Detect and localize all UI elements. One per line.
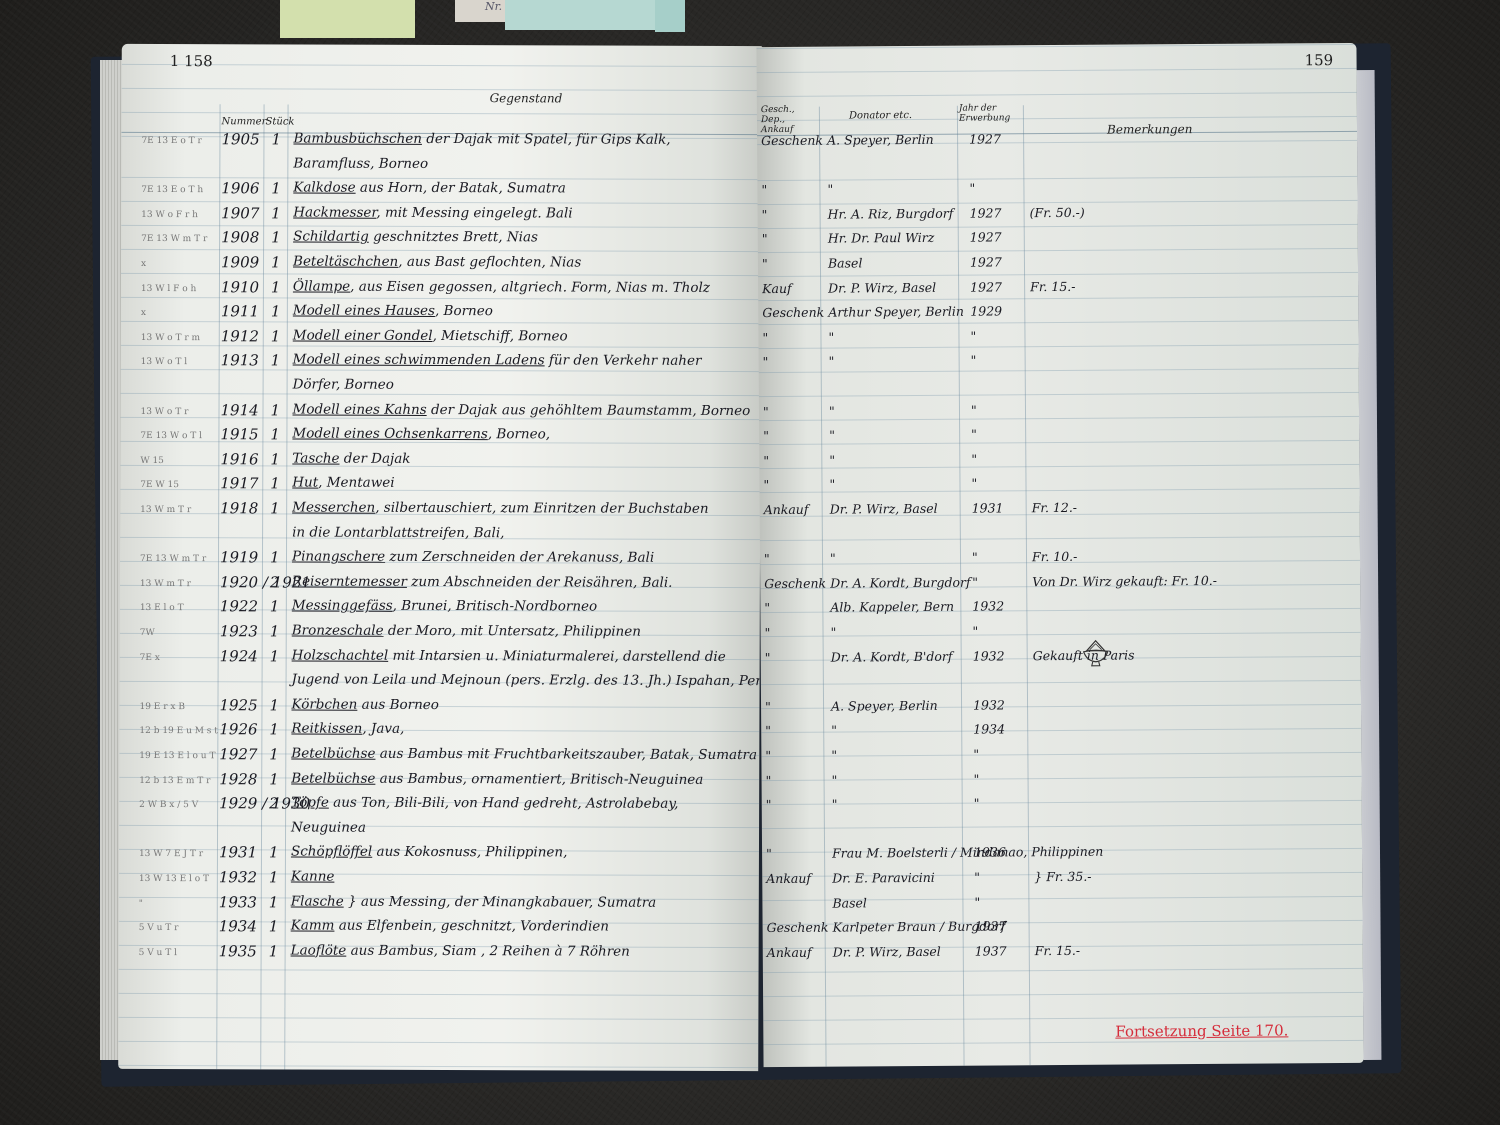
ledger-row: GeschenkKarlpeter Braun / Burgdorf1937 [763,916,1363,944]
ledger-row: 7E 13 E o T r19051Bambusbüchschen der Da… [121,130,761,156]
acquisition-year: 1937 [975,943,1007,958]
acquisition-year: 1932 [973,648,1005,663]
object-details: , Brunei, Britisch-Nordborneo [393,598,598,615]
ledger-row: KaufDr. P. Wirz, Basel1927Fr. 15.- [758,277,1358,305]
object-details: geschnitztes Brett, Nias [369,229,538,246]
donor: Dr. P. Wirz, Basel [830,501,938,517]
ledger-row: """ [761,744,1361,772]
ledger-row: 13 W 13 E l o T19321Kanne [119,868,759,894]
inventory-number: 1919 [220,548,258,566]
acquisition-type: " [766,797,772,812]
object-description: Modell eines Ochsenkarrens, Borneo, [292,426,550,443]
ledger-row: "Hr. Dr. Paul Wirz1927 [758,227,1358,255]
ledger-row: W 1519161Tasche der Dajak [120,450,760,476]
donor: Basel [832,895,867,910]
object-description: Modell eines Kahns der Dajak aus gehöhlt… [292,401,750,419]
ledger-row: 13 E l o T19221Messinggefäss, Brunei, Br… [120,597,760,623]
margin-code: 7E 13 E o T r [141,136,201,146]
acquisition-year: 1927 [970,254,1002,269]
acquisition-type: Geschenk [762,305,824,320]
ledger-row: 12 b 13 E m T r19281Betelbüchse aus Bamb… [119,769,759,795]
margin-code: 13 W o T r [140,407,188,417]
object-name: Töpfe [291,795,329,811]
inventory-number: 1934 [219,917,257,935]
right-page: 159 Gesch., Dep., Ankauf Donator etc. Ja… [756,43,1363,1067]
ledger-row: 7E x19241Holzschachtel mit Intarsien u. … [120,646,760,672]
header-number: Nummer [222,116,267,127]
object-description-continued: Neuguinea [291,819,366,835]
inventory-number: 1915 [220,425,258,443]
item-count: 1 [271,229,281,247]
acquisition-type: " [763,453,769,468]
item-count: 1 [270,426,280,444]
acquisition-year: " [972,624,978,639]
acquisition-type: Geschenk [761,133,823,148]
acquisition-year: " [972,574,978,589]
object-details: , aus Eisen gegossen, altgriech. Form, N… [350,278,710,295]
ledger-row: 5 V u T r19341Kamm aus Elfenbein, geschn… [119,917,759,943]
inventory-number: 1932 [219,868,257,886]
margin-code: 7E 13 W m T r [141,234,207,244]
acquisition-year: " [969,181,975,196]
item-count: 1 [269,696,279,714]
object-details: aus Elfenbein, geschnitzt, Vorderindien [334,918,609,935]
donor: Hr. A. Riz, Burgdorf [828,206,954,222]
ledger-row: """ [759,473,1359,501]
item-count: 2 [270,573,280,591]
object-details: zum Zerschneiden der Arekanuss, Bali [385,549,654,566]
ledger-row: 7E 13 W m T r19191Pinangschere zum Zersc… [120,548,760,574]
inventory-number: 1922 [220,598,258,616]
remarks: Fr. 15.- [1035,943,1080,958]
ledger-row: 13 W o T r m19121Modell einer Gondel, Mi… [121,327,761,353]
ledger-row: 13 W m T r19181Messerchen, silbertauschi… [120,499,760,525]
inventory-number: 1924 [220,647,258,665]
item-count: 1 [271,130,281,148]
inventory-number: 1906 [221,179,259,197]
acquisition-type: " [762,330,768,345]
ledger-row: """ [759,350,1359,378]
ledger-row: """ [759,400,1359,428]
ledger-row: """ [759,424,1359,452]
acquisition-year: " [974,870,980,885]
object-description-continued: Jugend von Leila und Mejnoun (pers. Erzl… [292,672,762,690]
donor: " [827,182,833,197]
ledger-row: """Fr. 10.- [760,547,1360,575]
margin-code: 13 W o F r h [141,210,198,220]
inventory-number: 1911 [221,302,259,320]
ledger-row: 13 W m T r1920 / 19212Reiserntemesser zu… [120,573,760,599]
ledger-row: GeschenkA. Speyer, Berlin1927 [757,129,1357,157]
object-name: Bambusbüchschen [293,130,422,146]
object-name: Kanne [291,868,335,884]
item-count: 1 [271,204,281,222]
ledger-row: AnkaufDr. P. Wirz, Basel1937Fr. 15.- [763,941,1363,969]
acquisition-year: " [971,353,977,368]
inventory-number: 1931 [219,844,257,862]
item-count: 1 [271,278,281,296]
acquisition-type: Ankauf [766,871,811,886]
donor: " [831,723,837,738]
object-description: Modell eines schwimmenden Ladens für den… [293,352,702,369]
acquisition-year: " [974,894,980,909]
margin-code: 7E x [140,653,160,663]
ledger-row: GeschenkDr. A. Kordt, Burgdorf"Von Dr. W… [760,572,1360,600]
margin-code: 12 b 13 E m T r [139,776,210,786]
object-name: Modell einer Gondel [293,327,433,343]
object-details: , Borneo [435,303,493,319]
donor: " [829,428,835,443]
object-description: Betelbüchse aus Bambus mit Fruchtbarkeit… [291,745,757,763]
remarks: } Fr. 35.- [1034,869,1091,884]
object-description: Flasche } aus Messing, der Minangkabauer… [291,893,656,910]
ledger-row: 7W19231Bronzeschale der Moro, mit Unters… [120,622,760,648]
object-details: aus Bambus, ornamentiert, Britisch-Neugu… [375,770,703,787]
item-count: 1 [269,918,279,936]
object-name: Beteltäschchen [293,253,398,269]
acquisition-type: " [766,846,772,861]
object-description: Beteltäschchen, aus Bast geflochten, Nia… [293,253,581,270]
page-number-left: 1 158 [170,52,213,70]
object-name: Laoflöte [291,942,347,958]
inventory-number: 1914 [220,401,258,419]
inventory-number: 1918 [220,499,258,517]
item-count: 1 [269,893,279,911]
item-count: 1 [270,647,280,665]
donor: " [829,354,835,369]
ledger-row: 13 W o T l19131Modell eines schwimmenden… [121,351,761,377]
item-count: 1 [270,549,280,567]
object-description: Bambusbüchschen der Dajak mit Spatel, fü… [293,130,670,147]
object-description: Holzschachtel mit Intarsien u. Miniaturm… [292,647,726,665]
item-count: 1 [270,598,280,616]
object-name: Reitkissen [291,721,362,737]
donor: " [828,329,834,344]
acquisition-year: 1937 [975,919,1007,934]
object-name: Reiserntemesser [292,573,407,589]
ledger-row: """ [762,793,1362,821]
acquisition-type: Ankauf [767,945,812,960]
ledger-row: 12 b 19 E u M s t19261Reitkissen, Java, [119,720,759,746]
object-description-continued: Dörfer, Borneo [293,376,394,392]
acquisition-year: " [970,328,976,343]
donor: A. Speyer, Berlin [827,132,934,148]
inventory-number: 1917 [220,475,258,493]
donor: " [831,748,837,763]
ledger-row-continuation: in die Lontarblattstreifen, Bali, [120,523,760,549]
ledger-row: Basel" [762,891,1362,919]
margin-code: 7E 13 W m T r [140,554,206,564]
ledger-row: """ [762,768,1362,796]
sticky-note-teal-edge [655,0,685,32]
acquisition-type: " [764,600,770,615]
margin-code: 13 W m T r [140,505,191,515]
inventory-number: 1909 [221,253,259,271]
remarks: Fr. 15.- [1030,278,1075,293]
ledger-row: 13 W 7 E J T r19311Schöpflöffel aus Koko… [119,843,759,869]
object-details: , Mentawei [318,475,394,491]
acquisition-type: Geschenk [764,575,826,590]
item-count: 1 [270,499,280,517]
donor: Frau M. Boelsterli / Mindanao, Philippin… [832,844,1103,861]
margin-code: 12 b 19 E u M s t [139,726,218,736]
object-details: , Mietschiff, Borneo [433,328,568,344]
object-description: Öllampe, aus Eisen gegossen, altgriech. … [293,278,710,295]
item-count: 1 [271,303,281,321]
ledger-row: 2 W B x / 5 V1929 / 19302Töpfe aus Ton, … [119,794,759,820]
acquisition-year: " [973,747,979,762]
basket-sketch-icon [1079,637,1113,671]
acquisition-year: 1932 [973,697,1005,712]
ledger-row: "Alb. Kappeler, Bern1932 [760,596,1360,624]
object-description: Bronzeschale der Moro, mit Untersatz, Ph… [292,622,641,639]
object-details: aus Bambus, Siam , 2 Reihen à 7 Röhren [346,942,630,959]
acquisition-type: " [764,551,770,566]
object-details: der Moro, mit Untersatz, Philippinen [384,623,641,640]
item-count: 1 [270,622,280,640]
acquisition-type: " [763,477,769,492]
donor: Dr. A. Kordt, B'dorf [831,648,953,664]
object-details: aus Ton, Bili-Bili, von Hand gedreht, As… [329,795,679,812]
header-donor: Donator etc. [849,110,912,121]
ledger-row: """ [758,326,1358,354]
object-details: aus Borneo [357,697,439,713]
ledger-row: "Basel1927 [758,252,1358,280]
acquisition-type: " [761,182,767,197]
inventory-number: 1927 [219,745,257,763]
donor: " [832,772,838,787]
object-name: Modell eines Ochsenkarrens [292,426,487,443]
inventory-number: 1925 [219,696,257,714]
donor: A. Speyer, Berlin [831,698,938,714]
object-name: Hackmesser [293,204,376,220]
donor: " [832,797,838,812]
remarks: Von Dr. Wirz gekauft: Fr. 10.- [1032,573,1217,589]
item-count: 1 [271,352,281,370]
ledger-row: 7E 13 W o T l19151Modell eines Ochsenkar… [120,425,760,451]
object-name: Messerchen [292,499,375,515]
object-details: } aus Messing, der Minangkabauer, Sumatr… [344,893,657,910]
object-name: Flasche [291,893,344,909]
acquisition-year: " [971,402,977,417]
inventory-number: 1926 [219,721,257,739]
header-acquisition: Gesch., Dep., Ankauf [761,105,817,135]
inventory-number: 1910 [221,278,259,296]
acquisition-type: " [765,650,771,665]
object-description: Hackmesser, mit Messing eingelegt. Bali [293,204,572,221]
object-description: Laoflöte aus Bambus, Siam , 2 Reihen à 7… [291,942,630,959]
item-count: 1 [269,844,279,862]
object-name: Betelbüchse [291,745,375,761]
margin-code: 13 W o T l [141,357,187,367]
object-description: Kalkdose aus Horn, der Batak, Sumatra [293,180,566,197]
ledger-row: 13 W l F o h19101Öllampe, aus Eisen gego… [121,277,761,303]
donor: " [830,551,836,566]
margin-code: 13 E l o T [140,603,184,613]
acquisition-type: " [763,428,769,443]
object-description: Hut, Mentawei [292,475,394,491]
acquisition-type: " [766,773,772,788]
object-name: Modell eines Hauses [293,303,435,319]
ledger-row-continuation: Dörfer, Borneo [121,376,761,402]
item-count: 1 [270,401,280,419]
object-description: Messinggefäss, Brunei, Britisch-Nordborn… [292,598,597,615]
object-name: Hut [292,475,318,491]
object-description: Töpfe aus Ton, Bili-Bili, von Hand gedre… [291,795,678,812]
acquisition-type: " [763,354,769,369]
margin-code: 5 V u T r [139,923,179,933]
item-count: 1 [271,180,281,198]
acquisition-type: " [762,231,768,246]
object-details: , mit Messing eingelegt. Bali [376,205,572,222]
acquisition-year: 1932 [972,599,1004,614]
donor: Dr. A. Kordt, Burgdorf [830,574,970,590]
object-name: Tasche [292,450,339,466]
margin-code: " [139,899,143,909]
acquisition-type: " [762,207,768,222]
ledger-row: """ [759,449,1359,477]
object-description: Betelbüchse aus Bambus, ornamentiert, Br… [291,770,703,787]
ledger-row: x19111Modell eines Hauses, Borneo [121,302,761,328]
ledger-row: "19331Flasche } aus Messing, der Minangk… [119,892,759,918]
header-object: Gegenstand [490,91,563,105]
ledger-row: "Hr. A. Riz, Burgdorf1927(Fr. 50.-) [758,203,1358,231]
margin-code: 13 W l F o h [141,284,196,294]
ledger-row: 5 V u T l19351Laoflöte aus Bambus, Siam … [119,942,759,968]
left-page: 1 158 Nummer Stück Gegenstand 7E 13 E o … [118,44,762,1071]
ledger-row: AnkaufDr. P. Wirz, Basel1931Fr. 12.- [760,498,1360,526]
object-description: Tasche der Dajak [292,450,410,466]
object-description: Pinangschere zum Zerschneiden der Arekan… [292,549,654,566]
object-details: der Dajak mit Spatel, für Gips Kalk, [422,131,671,148]
object-name: Körbchen [291,696,357,712]
inventory-number: 1908 [221,229,259,247]
margin-code: W 15 [140,456,164,466]
object-details: aus Horn, der Batak, Sumatra [356,180,566,197]
object-description: Schildartig geschnitztes Brett, Nias [293,229,538,246]
acquisition-year: " [974,771,980,786]
margin-code: 13 W o T r m [141,333,200,343]
ledger-row: GeschenkArthur Speyer, Berlin1929 [758,301,1358,329]
margin-code: x [141,259,146,269]
object-name: Bronzeschale [292,622,384,638]
object-details: zum Abschneiden der Reisähren, Bali. [407,574,673,591]
inventory-number: 1935 [219,942,257,960]
margin-code: 7W [140,628,155,638]
sticky-note-teal [505,0,655,30]
remarks: (Fr. 50.-) [1030,205,1085,220]
acquisition-type: " [765,699,771,714]
ledger-row: "Frau M. Boelsterli / Mindanao, Philippi… [762,842,1362,870]
acquisition-year: " [974,796,980,811]
object-description-continued: Baramfluss, Borneo [293,155,428,171]
donor: " [830,625,836,640]
inventory-number: 1933 [219,893,257,911]
margin-code: 7E 13 E o T h [141,185,203,195]
acquisition-year: " [971,451,977,466]
ledger-row-continuation: Baramfluss, Borneo [121,154,761,180]
object-description: Reitkissen, Java, [291,721,404,737]
inventory-number: 1928 [219,770,257,788]
inventory-number: 1923 [220,622,258,640]
object-details: , Java, [362,721,404,737]
margin-code: 5 V u T l [139,948,177,958]
item-count: 1 [271,327,281,345]
ledger-row: 13 W o F r h19071Hackmesser, mit Messing… [121,204,761,230]
object-details: , silbertauschiert, zum Einritzen der Bu… [375,500,708,517]
donor: Dr. P. Wirz, Basel [833,944,941,960]
inventory-number: 1907 [221,204,259,222]
ledger-row: "A. Speyer, Berlin1932 [761,695,1361,723]
ledger-row: x19091Beteltäschchen, aus Bast geflochte… [121,253,761,279]
object-description: Reiserntemesser zum Abschneiden der Reis… [292,573,673,590]
ledger-row-continuation: Jugend von Leila und Mejnoun (pers. Erzl… [120,671,760,697]
acquisition-type: Geschenk [767,920,829,935]
acquisition-year: " [971,476,977,491]
object-name: Kalkdose [293,180,355,196]
margin-code: 2 W B x / 5 V [139,800,198,810]
object-name: Öllampe [293,278,350,294]
object-name: Schildartig [293,229,369,245]
item-count: 2 [269,795,279,813]
object-name: Pinangschere [292,549,385,565]
page-number-right: 159 [1304,51,1333,69]
object-details: , Borneo, [488,426,550,442]
margin-code: 7E 13 W o T l [140,431,202,441]
acquisition-type: Kauf [762,280,792,295]
inventory-number: 1916 [220,450,258,468]
acquisition-type: " [763,404,769,419]
ledger-row-continuation: Neuguinea [119,819,759,845]
object-details: der Dajak aus gehöhltem Baumstamm, Borne… [427,402,751,419]
object-details: aus Kokosnuss, Philippinen, [372,844,567,861]
object-details: für den Verkehr naher [545,353,702,370]
object-details: aus Bambus mit Fruchtbarkeitszauber, Bat… [375,746,757,763]
ledger-row: """ [757,178,1357,206]
margin-code: 13 W 7 E J T r [139,849,203,859]
acquisition-year: 1927 [969,131,1001,146]
acquisition-year: 1929 [970,304,1002,319]
ledger-row: 19 E 13 E l o u T19271Betelbüchse aus Ba… [119,745,759,771]
donor: " [829,477,835,492]
header-year: Jahr der Erwerbung [959,103,1021,123]
item-count: 1 [269,745,279,763]
header-count: Stück [266,116,295,127]
remarks: Fr. 10.- [1032,549,1077,564]
donor: " [829,403,835,418]
ledger-row: 7E W 1519171Hut, Mentawei [120,474,760,500]
donor: Hr. Dr. Paul Wirz [828,230,935,246]
object-description: Körbchen aus Borneo [291,696,439,713]
object-details: der Dajak [340,450,411,466]
donor: Basel [828,255,863,270]
object-name: Schöpflöffel [291,844,372,860]
item-count: 1 [270,475,280,493]
acquisition-year: 1927 [970,279,1002,294]
acquisition-year: " [971,427,977,442]
acquisition-year: 1934 [973,722,1005,737]
acquisition-year: 1931 [972,500,1004,515]
acquisition-year: " [972,550,978,565]
acquisition-year: 1927 [970,230,1002,245]
acquisition-type: Ankauf [764,502,809,517]
donor: Arthur Speyer, Berlin [828,304,964,320]
object-details: mit Intarsien u. Miniaturmalerei, darste… [388,647,726,664]
object-description-continued: in die Lontarblattstreifen, Bali, [292,524,504,541]
object-description: Messerchen, silbertauschiert, zum Einrit… [292,499,708,516]
object-description: Modell eines Hauses, Borneo [293,303,493,320]
donor: Alb. Kappeler, Bern [830,599,954,615]
